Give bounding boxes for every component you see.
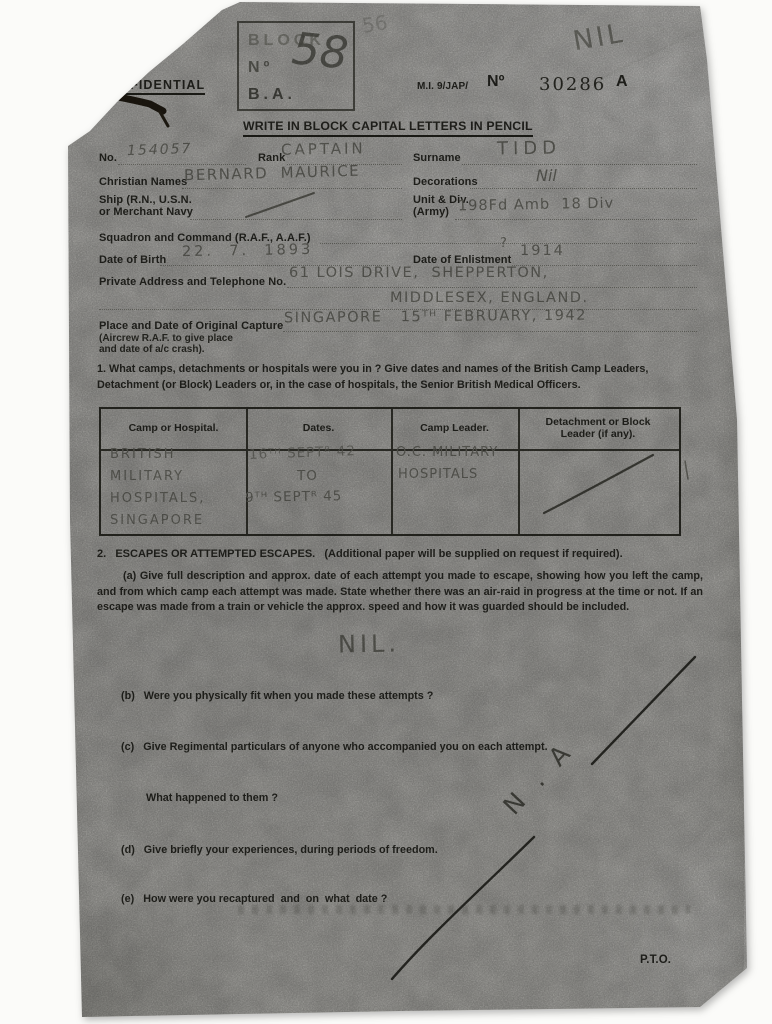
table-header-rule — [101, 449, 679, 451]
ref-prefix: M.I. 9/JAP/ — [417, 81, 468, 92]
reverse-side-bleed-through — [238, 905, 690, 914]
confidential-label: CONFIDENTIAL — [99, 78, 205, 95]
question1-text: 1. What camps, detachments or hospitals … — [97, 362, 703, 393]
no-value: 154057 — [127, 141, 193, 159]
ship-slash-mark — [246, 193, 314, 217]
answer-nil: NIL. — [338, 629, 401, 658]
table-header-detachment-line2: Leader (if any). — [518, 428, 678, 441]
date-of-birth-label: Date of Birth — [99, 254, 166, 266]
ref-suffix-letter: A — [616, 73, 628, 91]
decorations-value: Nil — [536, 166, 557, 185]
camp-value-line1: BRITISH — [110, 447, 176, 462]
table-side-tick-mark — [685, 461, 688, 479]
unit-value: 198Fd Amb 18 Div — [458, 196, 614, 215]
question2-item-b: (b) Were you physically fit when you mad… — [121, 689, 433, 705]
question2-heading: 2. ESCAPES OR ATTEMPTED ESCAPES. (Additi… — [97, 547, 623, 563]
na-diagonal-upper — [592, 657, 695, 764]
handwritten-nil-top: NIL — [571, 18, 628, 58]
question2-para-a: (a) Give full description and approx. da… — [97, 569, 703, 616]
decorations-label: Decorations — [413, 176, 478, 188]
address-value-line1: 61 LOIS DRIVE, SHEPPERTON, — [289, 265, 549, 281]
rank-value: CAPTAIN — [281, 139, 366, 158]
unit-dotted-line — [455, 218, 697, 220]
leader-value-line1: O.C. MILITARY — [396, 445, 498, 460]
paper-sheet: CONFIDENTIAL BLOCK Nº B.A. 58 56 M.I. 9/… — [0, 0, 772, 1024]
tear-streak-tail — [160, 112, 168, 126]
surname-value: TIDD — [497, 137, 561, 159]
capture-value: SINGAPORE 15ᵀᴴ FEBRUARY, 1942 — [284, 308, 587, 327]
unit-label-line2: (Army) — [413, 206, 449, 218]
right-edge-shading — [714, 40, 744, 990]
pto-label: P.T.O. — [640, 954, 671, 966]
capture-note-line1: (Aircrew R.A.F. to give place — [99, 333, 233, 344]
squadron-dotted-line — [320, 242, 697, 244]
ship-dotted-line — [190, 218, 402, 220]
capture-note-line2: and date of a/c crash). — [99, 344, 205, 355]
dates-value-line3: 9ᵀᴴ SEPTᴿ 45 — [245, 488, 343, 506]
address-label: Private Address and Telephone No. — [99, 276, 286, 288]
christian-names-dotted-line — [182, 187, 402, 189]
ref-serial-number: 30286 — [539, 74, 606, 95]
leader-value-line2: HOSPITALS — [398, 467, 478, 482]
instruction-heading: WRITE IN BLOCK CAPITAL LETTERS IN PENCIL — [243, 119, 533, 137]
surname-label: Surname — [413, 152, 461, 164]
capture-label: Place and Date of Original Capture — [99, 320, 283, 332]
dates-value-line1: 16ᵀᴴ SEPTᴿ 42 — [249, 443, 356, 463]
stamp-handwritten-number: 58 — [289, 23, 350, 80]
scanned-form-page: CONFIDENTIAL BLOCK Nº B.A. 58 56 M.I. 9/… — [0, 0, 772, 1024]
ref-no-symbol: Nº — [487, 73, 505, 91]
date-of-birth-value: 22. 7. 1893 — [182, 242, 313, 260]
no-label: No. — [99, 152, 117, 164]
question2-what-happened: What happened to them ? — [146, 791, 278, 807]
pencil-scribble: 56 — [360, 10, 389, 38]
address-dotted-line-1 — [287, 286, 697, 288]
table-header-dates: Dates. — [246, 422, 391, 435]
ship-label-line1: Ship (R.N., U.S.N. — [99, 194, 192, 206]
paper-shadow: CONFIDENTIAL BLOCK Nº B.A. 58 56 M.I. 9/… — [0, 0, 772, 1024]
table-header-camp: Camp or Hospital. — [101, 422, 246, 435]
capture-dotted-line — [283, 330, 697, 332]
question2-item-c: (c) Give Regimental particulars of anyon… — [121, 740, 548, 756]
christian-names-label: Christian Names — [99, 176, 187, 188]
stamp-line-ba: B.A. — [248, 82, 344, 109]
christian-names-value: BERNARD MAURICE — [184, 162, 361, 185]
enlistment-question-mark: ? — [500, 236, 507, 251]
dates-value-line2: TO — [297, 468, 318, 484]
table-header-detachment-line1: Detachment or Block — [518, 416, 678, 429]
enlistment-value: 1914 — [520, 243, 565, 259]
question2-item-d: (d) Give briefly your experiences, durin… — [121, 843, 438, 859]
address-value-line2: MIDDLESEX, ENGLAND. — [390, 290, 589, 306]
ship-label-line2: or Merchant Navy — [99, 206, 193, 218]
camp-value-line2: MILITARY — [110, 469, 184, 484]
camp-value-line3: HOSPITALS, — [110, 491, 205, 506]
camps-table: Camp or Hospital. Dates. Camp Leader. De… — [99, 407, 681, 536]
decorations-dotted-line — [470, 187, 697, 189]
surname-dotted-line — [462, 163, 697, 165]
camp-value-line4: SINGAPORE — [110, 513, 204, 528]
table-header-leader: Camp Leader. — [391, 422, 518, 435]
